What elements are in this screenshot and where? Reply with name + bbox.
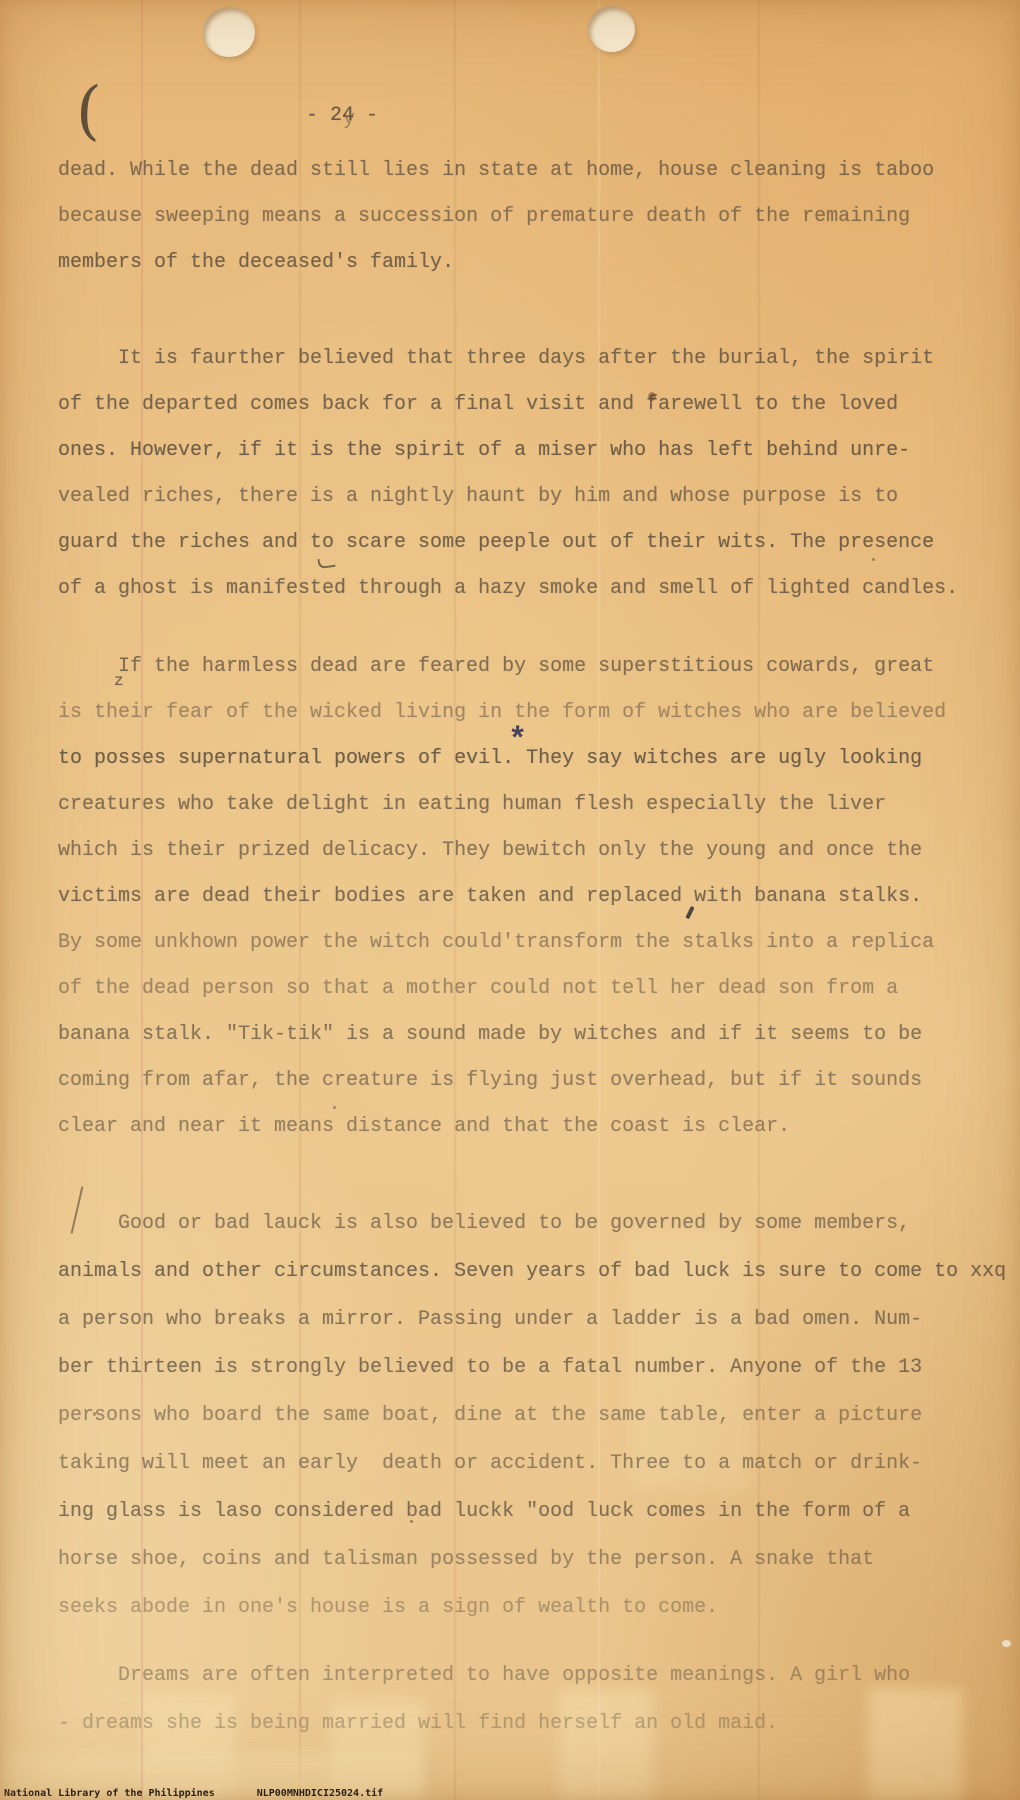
page-number: - 2y4 - xyxy=(306,104,378,127)
paragraph: Dreams are often interpreted to have opp… xyxy=(58,1652,970,1748)
text-line: dead. While the dead still lies in state… xyxy=(58,148,970,194)
page-number-prefix: - 2 xyxy=(306,104,342,127)
text-line: members of the deceased's family. xyxy=(58,240,970,286)
text-line: creatures who take delight in eating hum… xyxy=(58,782,970,828)
text-line: animals and other circumstances. Seven y… xyxy=(58,1248,970,1296)
scanned-document-page: ( z * - 2y4 - dead. While the dead still… xyxy=(0,0,1020,1800)
page-number-overstrike: y4 xyxy=(342,104,354,127)
paragraph: It is faurther believed that three days … xyxy=(58,336,970,612)
text-line: horse shoe, coins and talisman possessed… xyxy=(58,1536,970,1584)
text-line: because sweeping means a succession of p… xyxy=(58,194,970,240)
text-line: banana stalk. "Tik-tik" is a sound made … xyxy=(58,1012,970,1058)
paragraph: Good or bad lauck is also believed to be… xyxy=(58,1200,970,1632)
text-line: persons who board the same boat, dine at… xyxy=(58,1392,970,1440)
text-line: If the harmless dead are feared by some … xyxy=(58,644,970,690)
text-line: guard the riches and to scare some peepl… xyxy=(58,520,970,566)
library-label: National Library of the Philippines xyxy=(4,1788,215,1799)
text-line: seeks abode in one's house is a sign of … xyxy=(58,1584,970,1632)
text-line: of a ghost is manifested through a hazy … xyxy=(58,566,970,612)
text-line: Dreams are often interpreted to have opp… xyxy=(58,1652,970,1700)
text-line: victims are dead their bodies are taken … xyxy=(58,874,970,920)
scan-footer: National Library of the PhilippinesNLP00… xyxy=(4,1788,383,1799)
paragraph: If the harmless dead are feared by some … xyxy=(58,644,970,1150)
text-line: ing glass is laso considered bad luckk "… xyxy=(58,1488,970,1536)
handwritten-paren-mark: ( xyxy=(75,74,103,149)
text-line: - dreams she is being married will find … xyxy=(58,1700,970,1748)
text-line: coming from afar, the creature is flying… xyxy=(58,1058,970,1104)
text-line: of the departed comes back for a final v… xyxy=(58,382,970,428)
page-number-suffix: - xyxy=(354,104,378,127)
scan-filename: NLP00MNHDICI25024.tif xyxy=(257,1788,383,1799)
punch-hole xyxy=(588,6,635,52)
text-line: of the dead person so that a mother coul… xyxy=(58,966,970,1012)
text-line: By some unkhown power the witch could'tr… xyxy=(58,920,970,966)
text-line: vealed riches, there is a nightly haunt … xyxy=(58,474,970,520)
page-number-understrike-char: y xyxy=(343,108,355,131)
text-line: which is their prized delicacy. They bew… xyxy=(58,828,970,874)
paragraph: dead. While the dead still lies in state… xyxy=(58,148,970,286)
text-line: taking will meet an early death or accid… xyxy=(58,1440,970,1488)
text-line: to posses supernatural powers of evil. T… xyxy=(58,736,970,782)
text-line: clear and near it means distance and tha… xyxy=(58,1104,970,1150)
text-line: ones. However, if it is the spirit of a … xyxy=(58,428,970,474)
punch-hole xyxy=(203,7,255,57)
text-line: is their fear of the wicked living in th… xyxy=(58,690,970,736)
text-line: ber thirteen is strongly believed to be … xyxy=(58,1344,970,1392)
text-line: Good or bad lauck is also believed to be… xyxy=(58,1200,970,1248)
text-line: It is faurther believed that three days … xyxy=(58,336,970,382)
text-line: a person who breaks a mirror. Passing un… xyxy=(58,1296,970,1344)
paper-nick xyxy=(1002,1640,1011,1647)
